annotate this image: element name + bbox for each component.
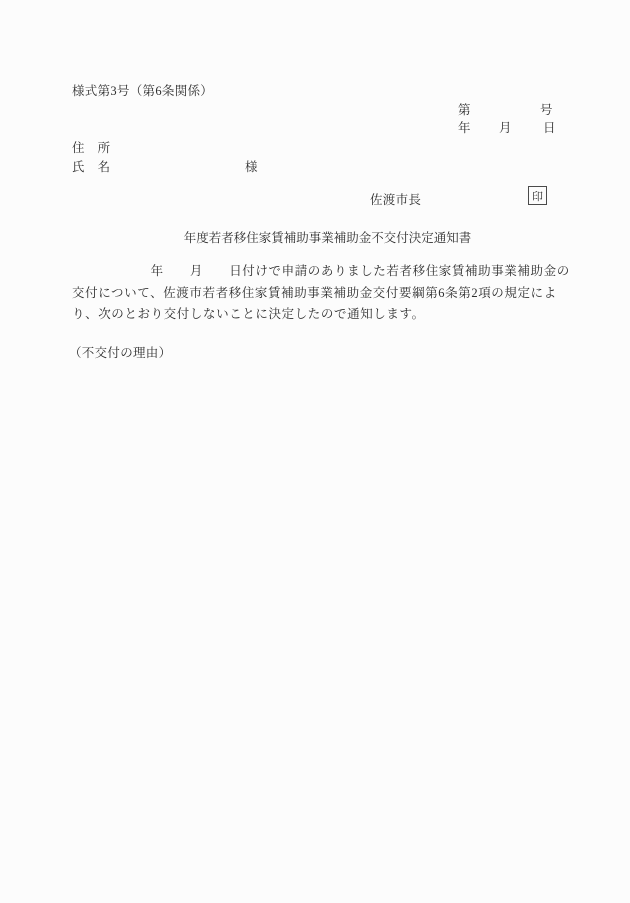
date-day-label: 日 [543, 118, 556, 136]
reference-number-prefix: 第 [458, 100, 471, 118]
body-line-2: 交付について、佐渡市若者移住家賃補助事業補助金交付要綱第6条第2項の規定によ [72, 283, 564, 305]
seal-character: 印 [532, 188, 543, 204]
body-paragraph: 年 月 日付けで申請のありました若者移住家賃補助事業補助金の 交付について、佐渡… [72, 261, 564, 326]
date-year-label: 年 [458, 118, 471, 136]
body-line-3: り、次のとおり交付しないことに決定したので通知します。 [72, 304, 564, 326]
seal-placeholder-box: 印 [528, 186, 547, 205]
non-grant-reason-label: （不交付の理由） [69, 343, 171, 361]
address-label: 住 所 [72, 138, 110, 156]
date-month-label: 月 [499, 118, 512, 136]
sender-title: 佐渡市長 [370, 190, 421, 208]
name-label: 氏 名 [72, 157, 110, 175]
form-number: 様式第3号（第6条関係） [72, 81, 213, 99]
document-title: 年度若者移住家賃補助事業補助金不交付決定通知書 [0, 228, 630, 246]
body-line-1: 年 月 日付けで申請のありました若者移住家賃補助事業補助金の [72, 261, 564, 283]
honorific-label: 様 [245, 157, 258, 175]
reference-number-suffix: 号 [540, 100, 553, 118]
document-page: 様式第3号（第6条関係） 第 号 年 月 日 住 所 氏 名 様 佐渡市長 印 … [0, 0, 630, 903]
